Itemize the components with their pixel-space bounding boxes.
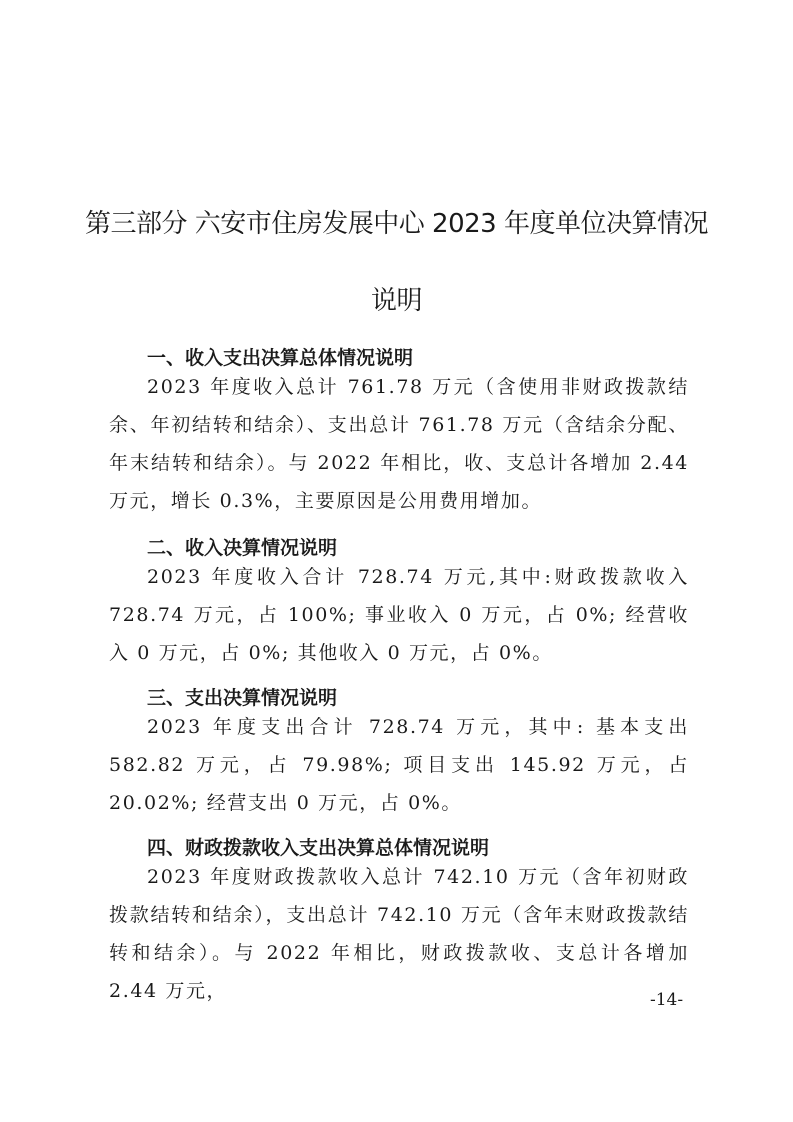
section-paragraph-4: 2023 年度财政拨款收入总计 742.10 万元（含年初财政拨款结转和结余），… [109,858,689,1010]
section-heading-1: 一、收入支出决算总体情况说明 [147,343,413,370]
page-title: 第三部分 六安市住房发展中心 2023 年度单位决算情况 [0,203,793,240]
section-paragraph-1: 2023 年度收入总计 761.78 万元（含使用非财政拨款结余、年初结转和结余… [109,368,689,520]
page-number: -14- [650,990,683,1010]
section-paragraph-2: 2023 年度收入合计 728.74 万元,其中:财政拨款收入 728.74 万… [109,558,689,672]
section-heading-4: 四、财政拨款收入支出决算总体情况说明 [147,833,489,860]
section-heading-3: 三、支出决算情况说明 [147,683,337,710]
section-heading-2: 二、收入决算情况说明 [147,533,337,560]
section-paragraph-3: 2023 年度支出合计 728.74 万元，其中: 基本支出 582.82 万元… [109,708,689,822]
page-title-continued: 说明 [0,280,793,317]
document-page: 第三部分 六安市住房发展中心 2023 年度单位决算情况 说明 一、收入支出决算… [0,0,793,1122]
